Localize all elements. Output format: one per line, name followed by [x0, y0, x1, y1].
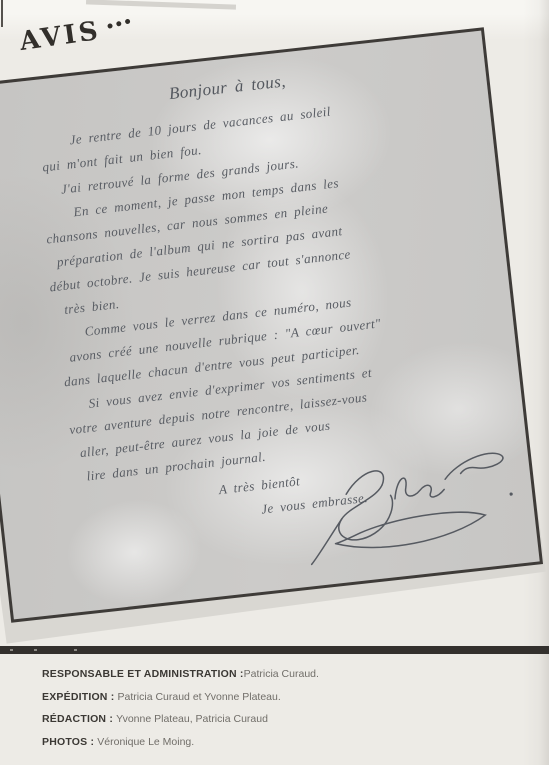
credit-row: RÉDACTION : Yvonne Plateau, Patricia Cur… — [42, 708, 319, 731]
credit-label: RESPONSABLE ET ADMINISTRATION : — [42, 668, 244, 680]
credit-row: EXPÉDITION : Patricia Curaud et Yvonne P… — [42, 686, 319, 709]
credit-value: Yvonne Plateau, Patricia Curaud — [116, 713, 268, 725]
credit-value: Patricia Curaud. — [244, 668, 319, 680]
letter-body: Je rentre de 10 jours de vacances au sol… — [50, 84, 508, 488]
credit-label: RÉDACTION : — [42, 713, 116, 725]
letter-photo-paper: Bonjour à tous, Je rentre de 10 jours de… — [0, 27, 543, 622]
credit-row: RESPONSABLE ET ADMINISTRATION :Patricia … — [42, 663, 319, 686]
page-title-text: AVIS — [18, 16, 103, 57]
credit-value: Patricia Curaud et Yvonne Plateau. — [118, 691, 281, 703]
ellipsis-dots-icon — [101, 3, 132, 36]
page-title: AVIS — [18, 12, 133, 57]
credit-value: Véronique Le Moing. — [97, 736, 194, 748]
credit-label: PHOTOS : — [42, 736, 97, 748]
signature-flourish — [290, 437, 526, 576]
credit-row: PHOTOS : Véronique Le Moing. — [42, 731, 319, 754]
credit-label: EXPÉDITION : — [42, 691, 118, 703]
credits-block: RESPONSABLE ET ADMINISTRATION :Patricia … — [42, 663, 319, 753]
divider-bar — [0, 646, 549, 654]
newsletter-page: AVIS Bonjour à tous, Je rentre de 10 jou… — [0, 0, 549, 765]
scan-edge-artifact — [1, 0, 3, 27]
